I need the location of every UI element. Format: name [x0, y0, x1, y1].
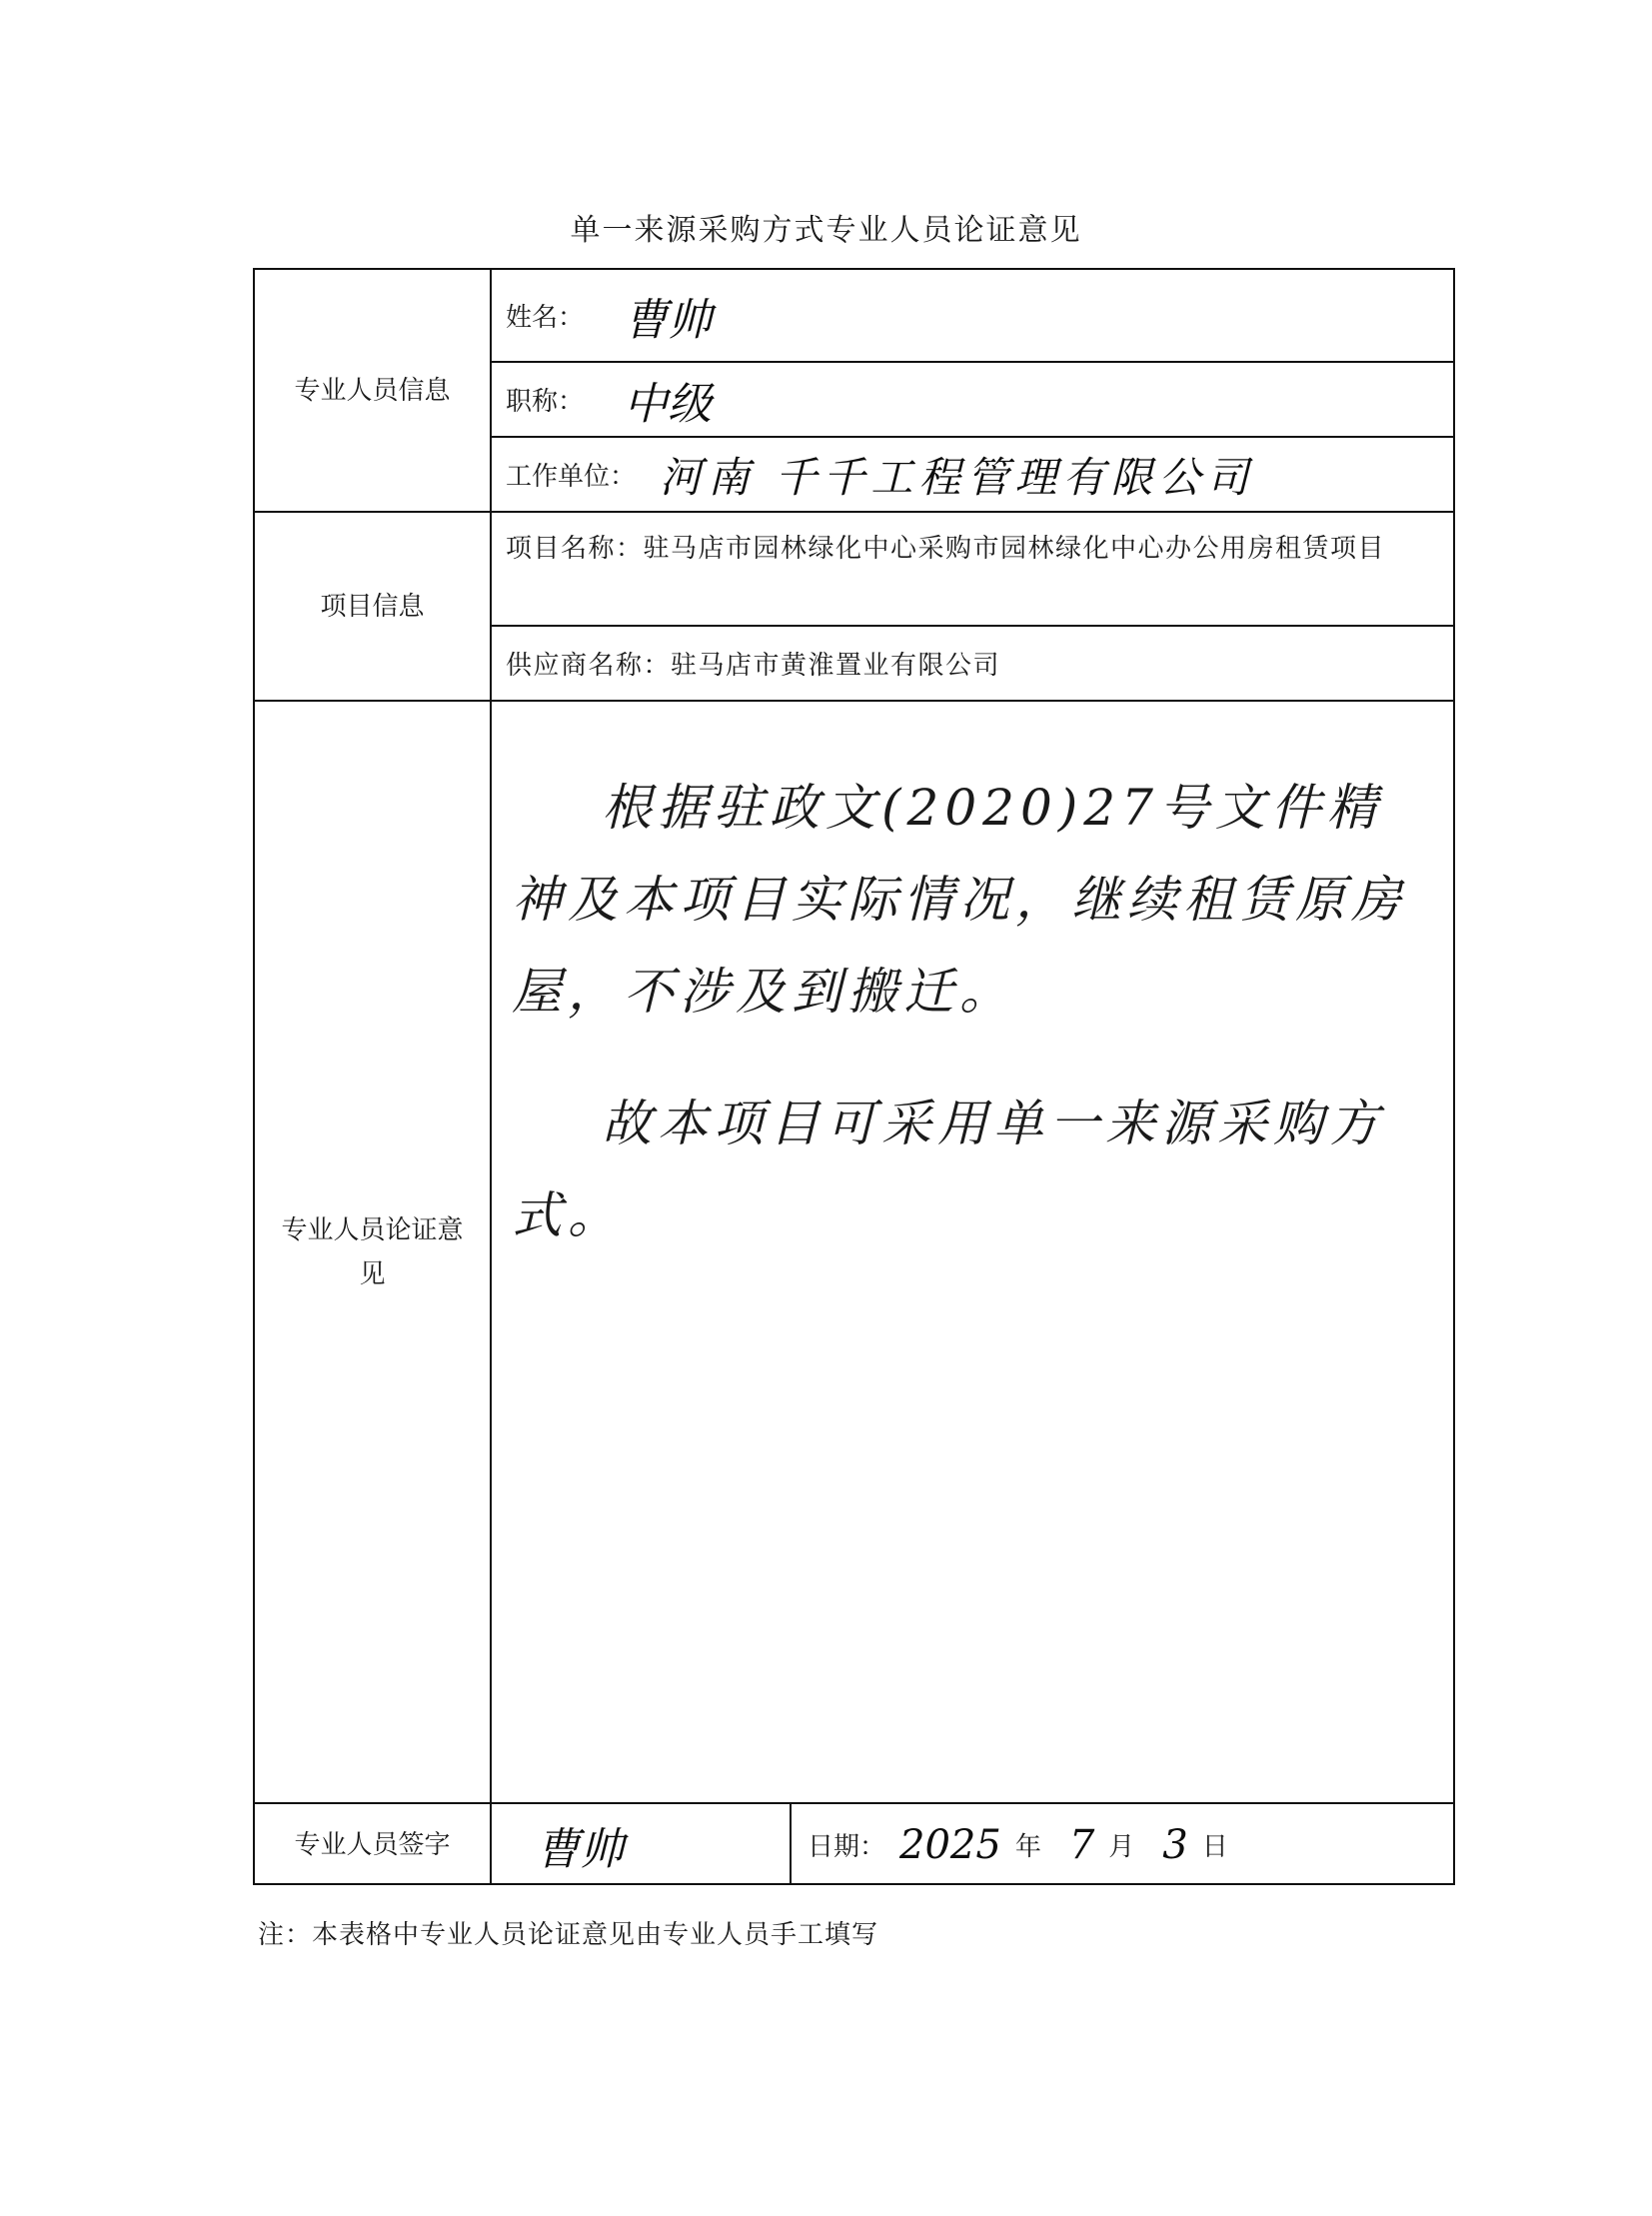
title-value: 中级: [624, 368, 712, 432]
title-label: 职称：: [506, 381, 584, 418]
opinion-content: 根据驻政文(2020)27号文件精神及本项目实际情况，继续租赁原房屋，不涉及到搬…: [492, 702, 1455, 1802]
date-label: 日期：: [808, 1826, 885, 1863]
opinion-label: 专业人员论证意见: [275, 702, 470, 1802]
signature-cell: 曹帅: [492, 1804, 790, 1885]
unit-label: 工作单位：: [506, 456, 636, 493]
date-cell: 日期： 2025 年 7 月 3 日: [792, 1804, 1455, 1885]
date-month: 7: [1069, 1822, 1094, 1868]
date-month-unit: 月: [1108, 1826, 1134, 1863]
document-title: 单一来源采购方式专业人员论证意见: [0, 205, 1652, 249]
signature-value: 曹帅: [536, 1813, 624, 1877]
unit-value: 河南 千千工程管理有限公司: [660, 445, 1254, 505]
date-year: 2025: [899, 1822, 1001, 1868]
footnote: 注：本表格中专业人员论证意见由专业人员手工填写: [258, 1914, 878, 1951]
opinion-paragraph: 根据驻政文(2020)27号文件精神及本项目实际情况，继续租赁原房屋，不涉及到搬…: [512, 762, 1435, 1038]
name-label: 姓名：: [506, 297, 584, 334]
name-value: 曹帅: [624, 284, 712, 348]
unit-row: 工作单位： 河南 千千工程管理有限公司: [492, 438, 1455, 511]
personnel-info-label: 专业人员信息: [255, 270, 490, 511]
form-table: 专业人员信息 姓名： 曹帅 职称： 中级 工作单位： 河南 千千工程管理有限公司…: [253, 268, 1455, 1885]
project-name: 项目名称：驻马店市园林绿化中心采购市园林绿化中心办公用房租赁项目: [492, 513, 1455, 625]
name-row: 姓名： 曹帅: [492, 270, 1455, 361]
signature-label: 专业人员签字: [255, 1804, 490, 1885]
title-row: 职称： 中级: [492, 363, 1455, 436]
opinion-label-text: 专业人员论证意见: [275, 1208, 470, 1296]
date-day-unit: 日: [1202, 1826, 1228, 1863]
date-year-unit: 年: [1015, 1826, 1041, 1863]
supplier-name: 供应商名称：驻马店市黄淮置业有限公司: [492, 627, 1455, 700]
date-day: 3: [1162, 1822, 1187, 1868]
project-info-label: 项目信息: [255, 513, 490, 700]
opinion-paragraph: 故本项目可采用单一来源采购方式。: [512, 1078, 1435, 1261]
